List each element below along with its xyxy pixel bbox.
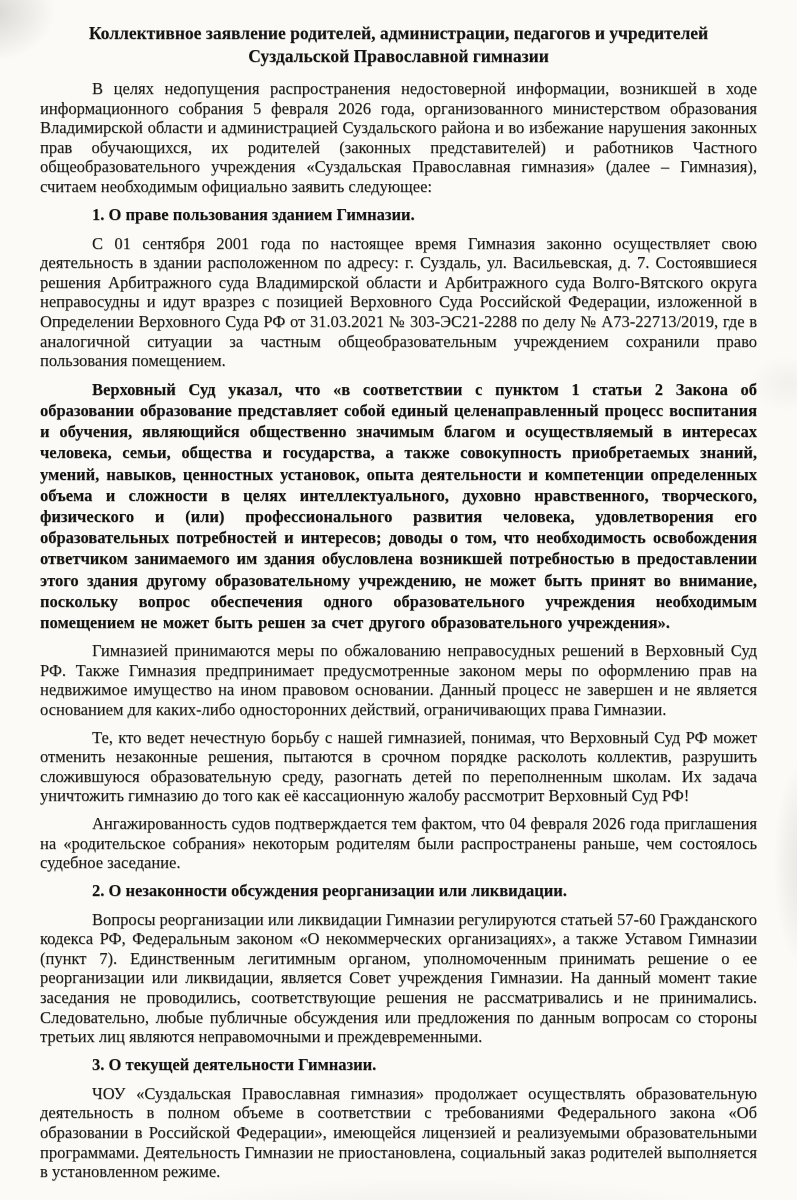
section-1-paragraph-5: Ангажированность судов подтверждается те… — [40, 814, 757, 873]
section-1-paragraph-1: С 01 сентября 2001 года по настоящее вре… — [40, 234, 757, 371]
intro-paragraph: В целях недопущения распространения недо… — [40, 79, 757, 197]
document-title: Коллективное заявление родителей, админи… — [40, 22, 757, 68]
section-2-heading: 2. О незаконности обсуждения реорганизац… — [40, 881, 757, 901]
section-1-supreme-court-quote: Верховный Суд указал, что «в соответстви… — [40, 379, 757, 633]
document-title-line1: Коллективное заявление родителей, админи… — [40, 22, 757, 45]
section-1-heading: 1. О праве пользования зданием Гимназии. — [40, 205, 757, 225]
section-2-paragraph-1: Вопросы реорганизации или ликвидации Гим… — [40, 910, 757, 1047]
section-1-paragraph-4: Те, кто ведет нечестную борьбу с нашей г… — [40, 728, 757, 806]
section-3-heading: 3. О текущей деятельности Гимназии. — [40, 1055, 757, 1075]
scanned-document-page: Коллективное заявление родителей, админи… — [0, 0, 797, 1200]
document-title-line2: Суздальской Православной гимназии — [40, 45, 757, 68]
section-1-paragraph-3: Гимназией принимаются меры по обжаловани… — [40, 641, 757, 719]
section-3-paragraph-1: ЧОУ «Суздальская Православная гимназия» … — [40, 1084, 757, 1182]
